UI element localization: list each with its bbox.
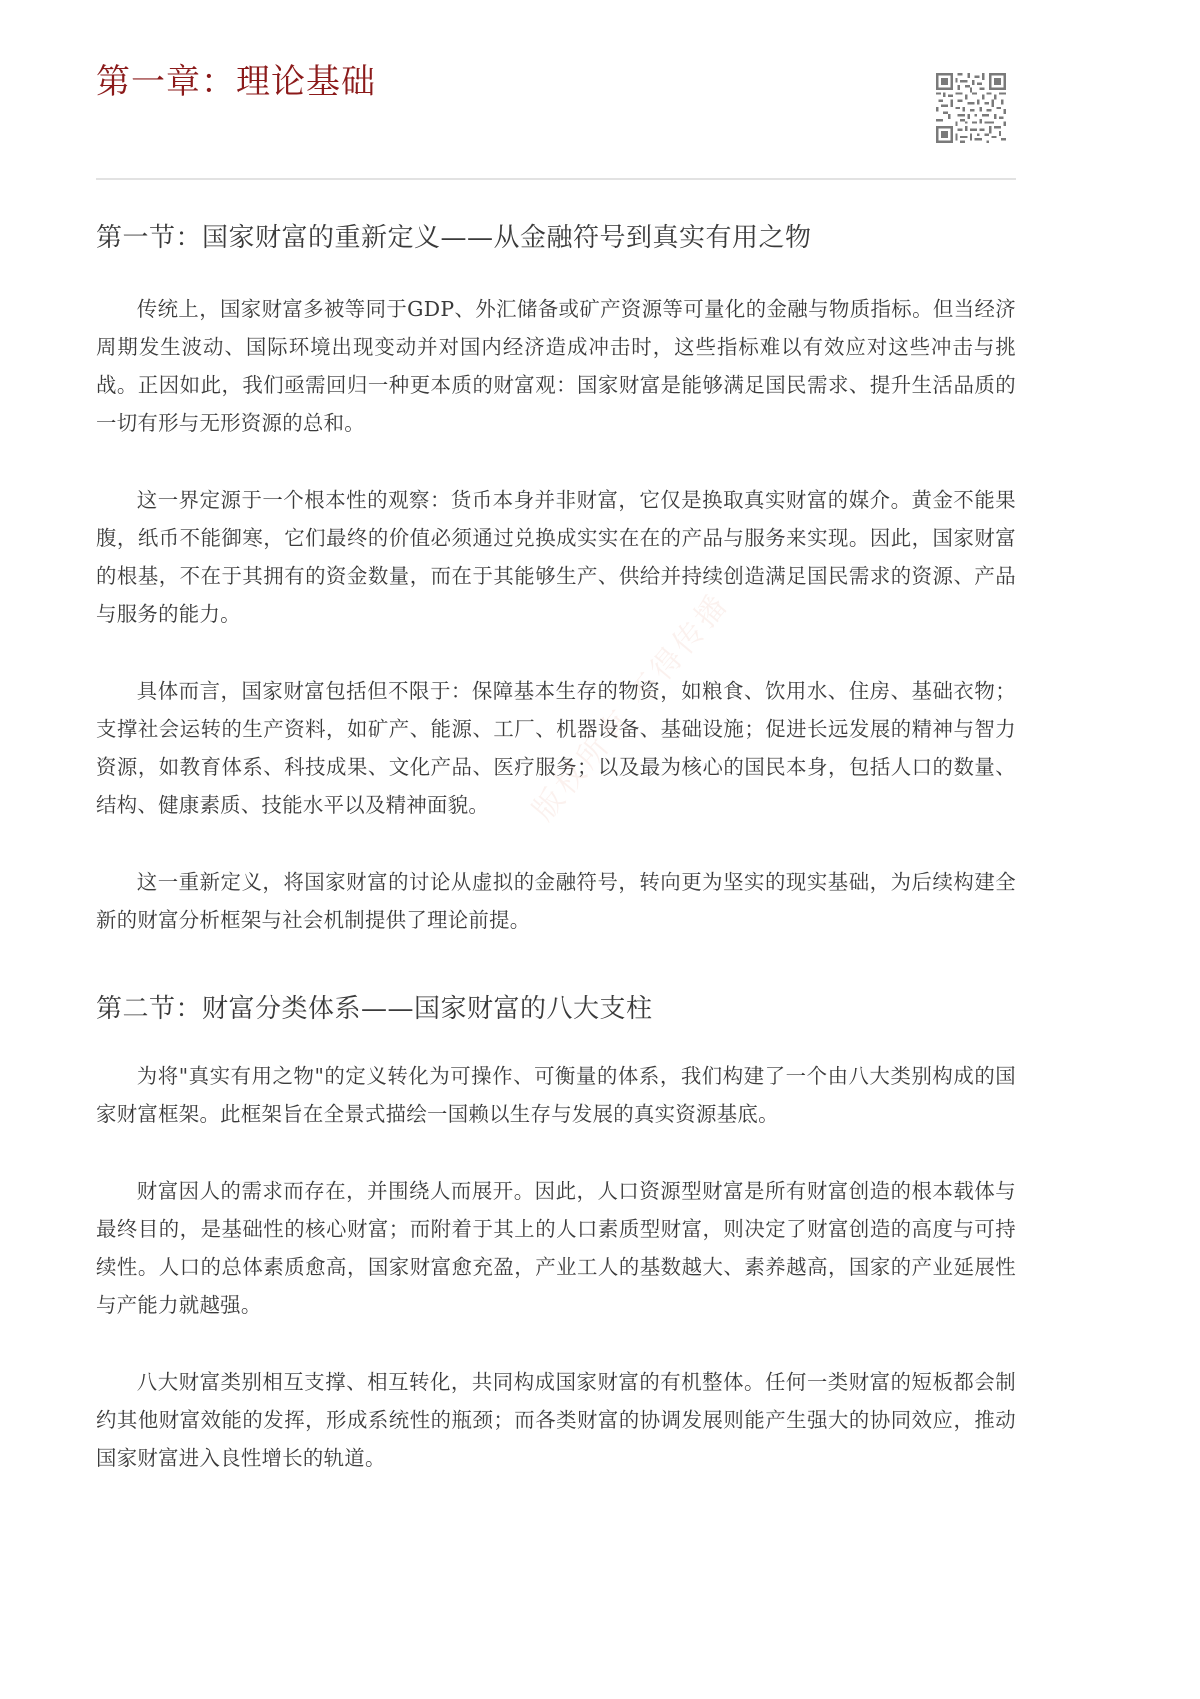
paragraph: 八大财富类别相互支撑、相互转化，共同构成国家财富的有机整体。任何一类财富的短板都… [96,1363,1016,1477]
section-2: 第二节：财富分类体系——国家财富的八大支柱 为将"真实有用之物"的定义转化为可操… [96,989,1016,1477]
section-title: 第一节：国家财富的重新定义——从金融符号到真实有用之物 [96,218,1016,258]
chapter-title: 第一章：理论基础 [96,60,376,104]
section-1: 第一节：国家财富的重新定义——从金融符号到真实有用之物 传统上，国家财富多被等同… [96,218,1016,939]
paragraph: 这一界定源于一个根本性的观察：货币本身并非财富，它仅是换取真实财富的媒介。黄金不… [96,481,1016,633]
section-title: 第二节：财富分类体系——国家财富的八大支柱 [96,989,1016,1029]
paragraph: 这一重新定义，将国家财富的讨论从虚拟的金融符号，转向更为坚实的现实基础，为后续构… [96,863,1016,939]
chapter-header: 第一章：理论基础 [96,0,1016,180]
document-page: 第一章：理论基础 [96,0,1016,1477]
paragraph: 传统上，国家财富多被等同于GDP、外汇储备或矿产资源等可量化的金融与物质指标。但… [96,290,1016,442]
paragraph: 为将"真实有用之物"的定义转化为可操作、可衡量的体系，我们构建了一个由八大类别构… [96,1057,1016,1133]
paragraph: 具体而言，国家财富包括但不限于：保障基本生存的物资，如粮食、饮用水、住房、基础衣… [96,672,1016,824]
paragraph: 财富因人的需求而存在，并围绕人而展开。因此，人口资源型财富是所有财富创造的根本载… [96,1172,1016,1324]
qr-code-icon [936,72,1006,144]
